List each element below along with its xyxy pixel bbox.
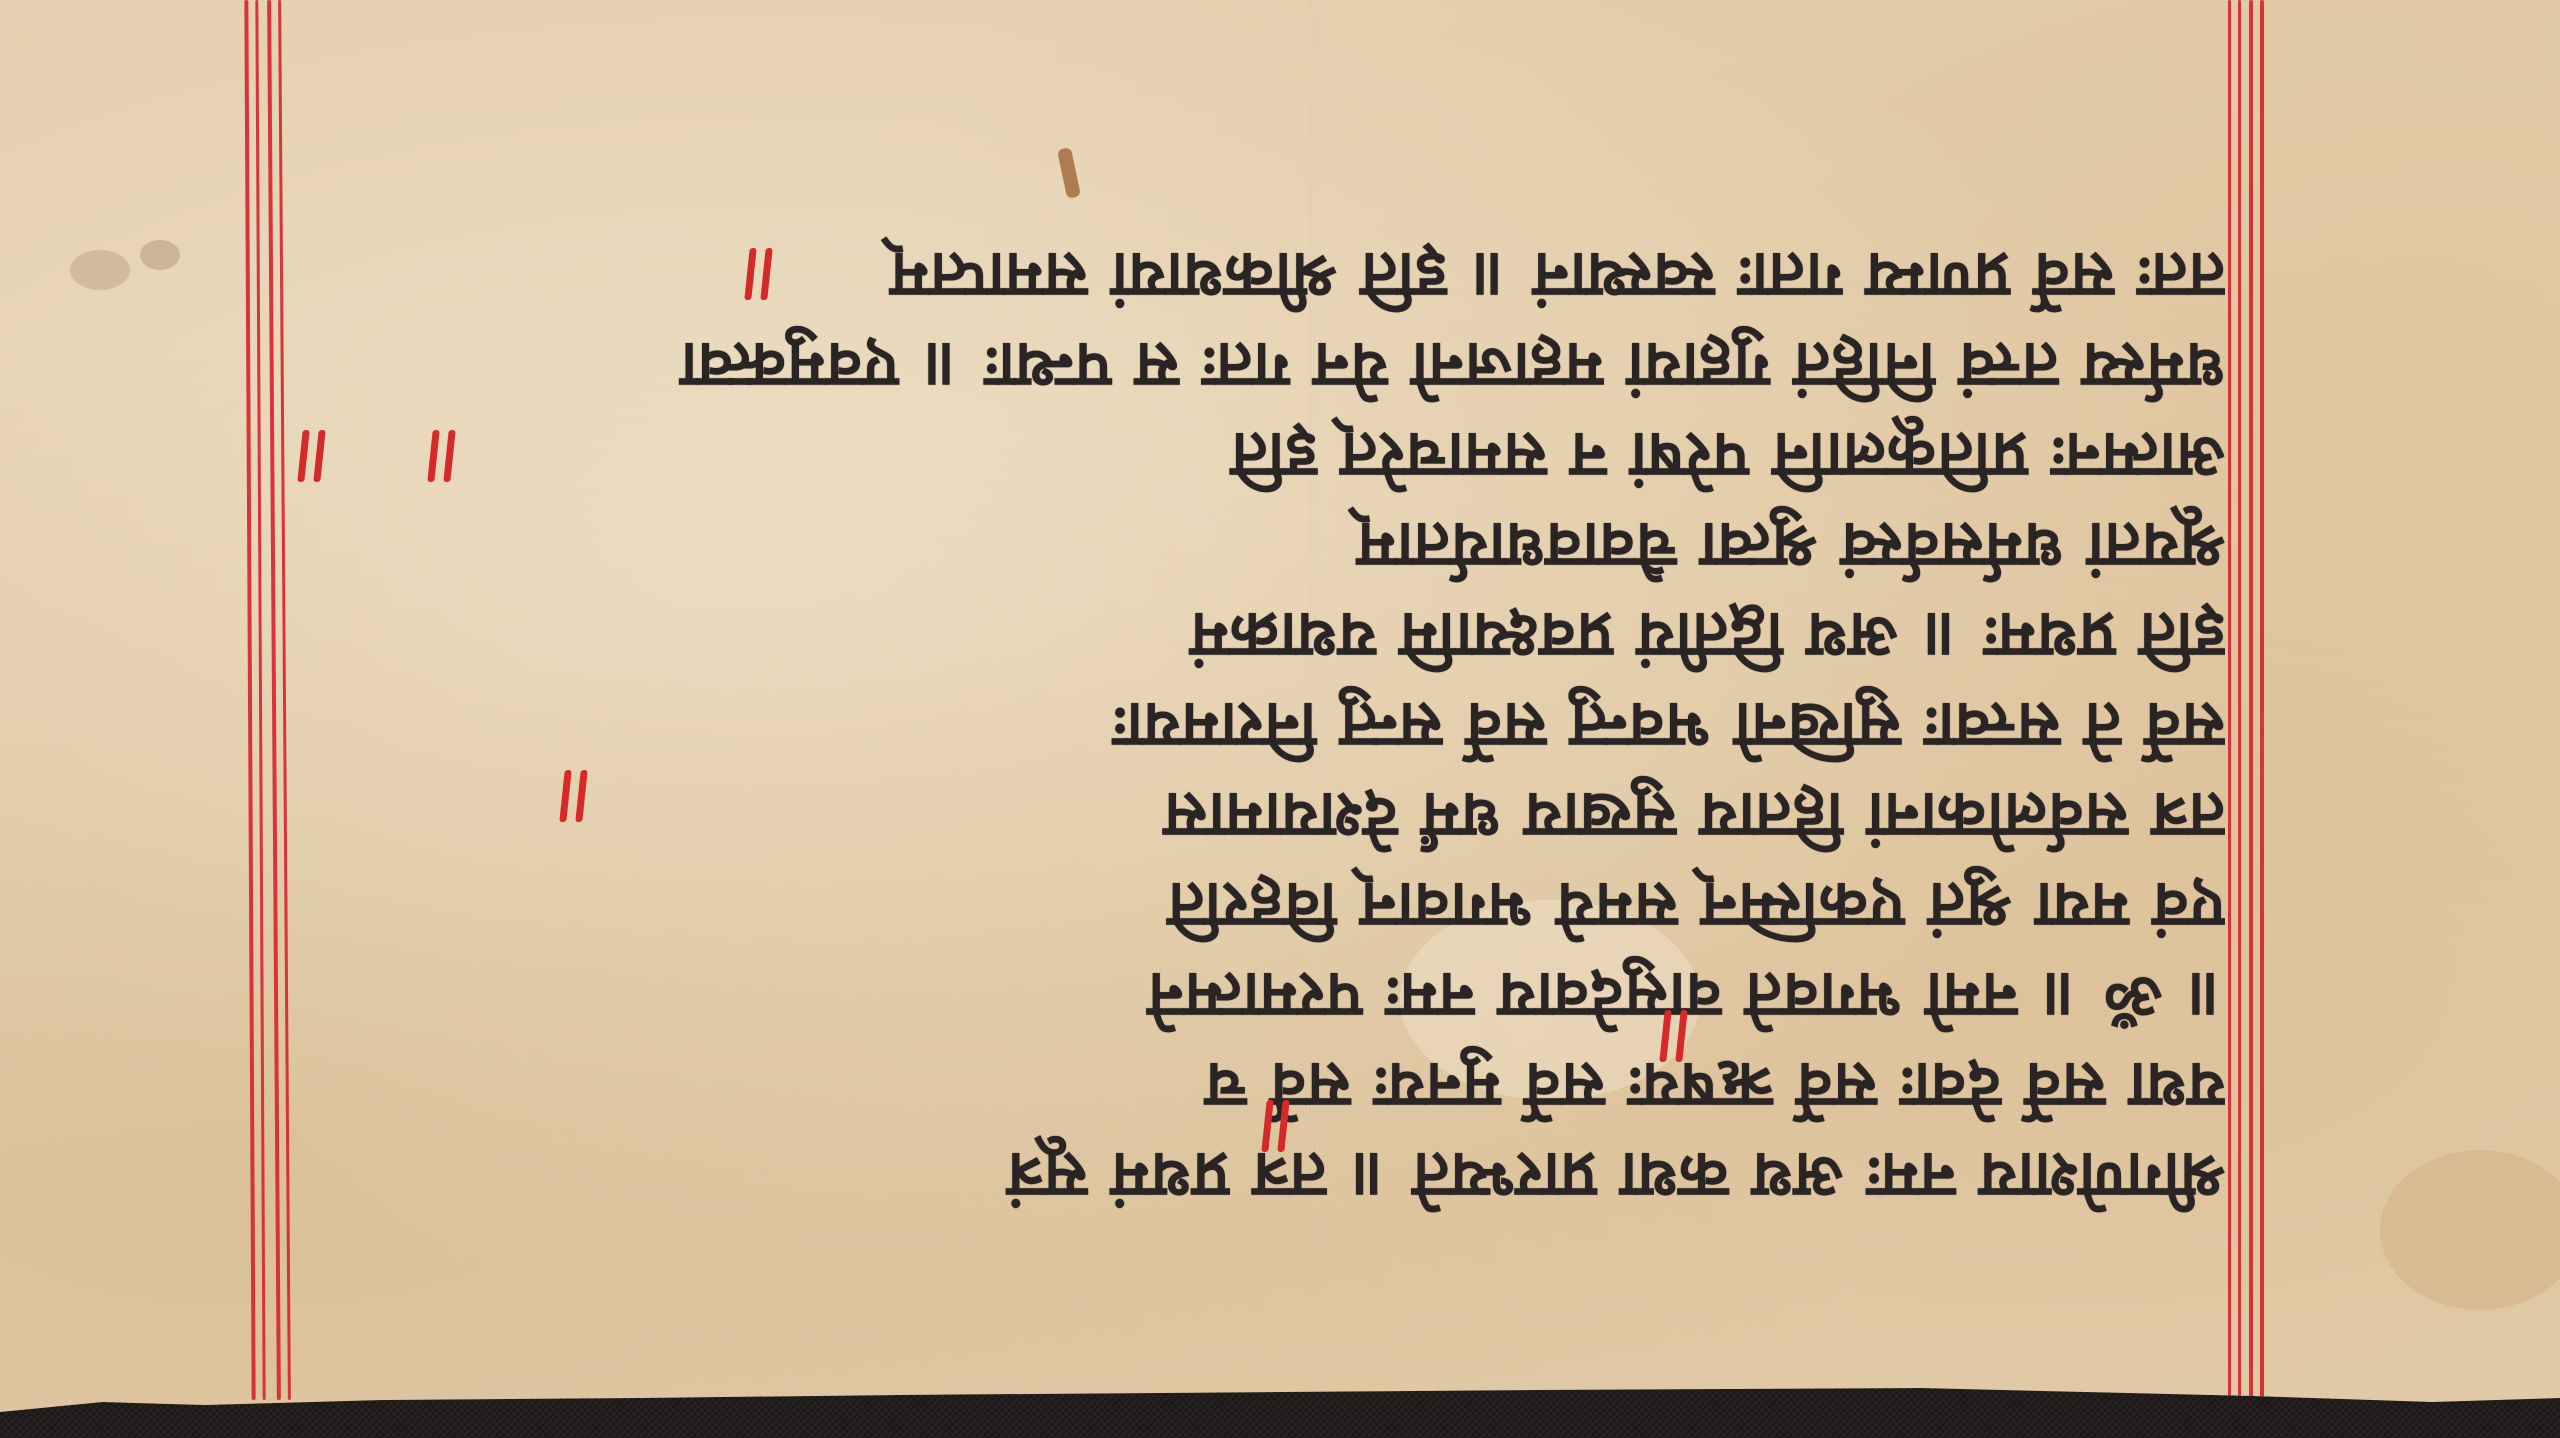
stain-spot — [1057, 147, 1081, 199]
left-ruling-line — [244, 0, 255, 1400]
red-danda-mark — [745, 248, 775, 304]
manuscript-line: ॥ ॐ ॥ नमो भगवते वासुदेवाय नमः परमात्मने — [290, 950, 2225, 1040]
left-ruling-line — [255, 0, 265, 1400]
red-danda-mark — [560, 770, 590, 826]
manuscript-line: श्रीगणेशाय नमः अथ कथा प्रारभ्यते ॥ तत्र … — [290, 1130, 2225, 1220]
right-ruling-line — [2228, 0, 2231, 1400]
red-danda-mark — [1262, 1100, 1292, 1156]
manuscript-text-block: ततः सर्वे प्रणम्य गताः स्वस्थानं ॥ इति श… — [290, 230, 2225, 1220]
stain-spot — [140, 240, 180, 270]
red-danda-mark — [428, 430, 458, 486]
manuscript-line: इति प्रथमः ॥ अथ द्वितीयं प्रवक्ष्यामि यथ… — [290, 590, 2225, 680]
red-danda-mark — [298, 430, 328, 486]
manuscript-line: यथा सर्वे देवाः सर्वे ऋषयः सर्वे मुनयः स… — [290, 1040, 2225, 1130]
manuscript-line: ततः सर्वे प्रणम्य गताः स्वस्थानं ॥ इति श… — [290, 230, 2225, 320]
right-ruling-line — [2238, 0, 2241, 1400]
stain-spot — [70, 250, 130, 290]
manuscript-line: श्रूयतां धर्मसर्वस्वं श्रुत्वा चैवावधार्… — [290, 500, 2225, 590]
manuscript-line: धर्मस्य तत्त्वं निहितं गुहायां महाजनो ये… — [290, 320, 2225, 410]
right-ruling-line — [2249, 0, 2253, 1400]
stain-spot — [2380, 1150, 2560, 1310]
manuscript-line: सर्वे ते सत्त्वाः सुखिनो भवन्तु सर्वे सन… — [290, 680, 2225, 770]
manuscript-line: आत्मनः प्रतिकूलानि परेषां न समाचरेत् इति — [290, 410, 2225, 500]
manuscript-leaf: ततः सर्वे प्रणम्य गताः स्वस्थानं ॥ इति श… — [0, 0, 2560, 1415]
red-danda-mark — [1660, 1010, 1690, 1066]
manuscript-line: एवं मया श्रुतं एकस्मिन् समये भगवान् विहर… — [290, 860, 2225, 950]
left-ruling-line — [278, 0, 291, 1400]
right-ruling-line — [2260, 0, 2264, 1400]
